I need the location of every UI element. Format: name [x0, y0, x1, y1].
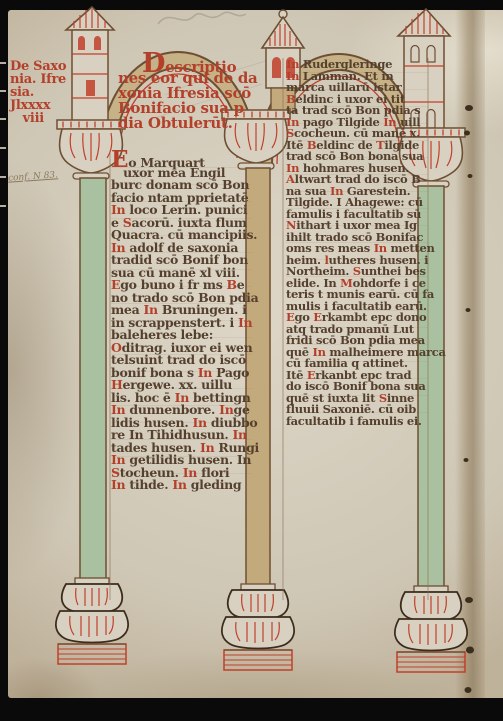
text-line: cū familia q attinet.: [286, 355, 428, 367]
text-line: Itē Beldinc de Tilgide: [286, 137, 428, 149]
text-line: facultatib i famulis ei.: [286, 413, 428, 425]
text-line: Tilgide. I Ahagewe: cū: [286, 194, 428, 206]
right-column-base: [395, 586, 467, 672]
text-line: teris t munis earū. cū fa: [286, 286, 428, 298]
text-line: Bonifacio sua p: [118, 99, 250, 114]
text-line: De Saxo: [10, 56, 88, 69]
text-line: tades husen. In Rungi: [111, 439, 251, 452]
text-line: marca uillarū istar: [286, 79, 428, 91]
text-line: nia. Ifre: [10, 69, 88, 82]
text-line: In loco Lerin. punici: [111, 201, 251, 214]
text-line: In pago Tilgide In uill: [286, 114, 428, 126]
text-line: ihilt trado scō Bonifac: [286, 229, 428, 241]
text-line: heim. lutheres husen. i: [286, 252, 428, 264]
marginal-annotation: De Saxonia. Ifresia.Jlxxxx viii: [10, 56, 88, 121]
text-line: famulis i facultatib sū: [286, 206, 428, 218]
text-line: facio ntam pprietatē: [111, 189, 251, 202]
text-line: telsuint trad do iscō: [111, 351, 251, 364]
text-line: In Rudergleringe: [286, 56, 428, 68]
text-line: dia Obtulerūt.: [118, 114, 250, 129]
text-line: burc donam scō Bon: [111, 176, 251, 189]
text-line: Oditrag. iuxor ei wen: [111, 339, 251, 352]
text-line: In getilidis husen. In: [111, 451, 251, 464]
text-line: e Sacorū. iuxta flum: [111, 214, 251, 227]
text-line: In dunnenbore. Inge: [111, 401, 251, 414]
left-column-base: [56, 578, 128, 664]
text-line: mea In Bruningen. i: [111, 301, 251, 314]
text-line: na sua In Garestein.: [286, 183, 428, 195]
text-line: Ego Erkambt epc dono: [286, 309, 428, 321]
text-line: xonia Ifresia scō: [118, 84, 250, 99]
text-line: trad scō Bon bona sua: [286, 148, 428, 160]
text-line: Eo Marquart: [111, 151, 251, 164]
text-line: uxor mea Engil: [111, 164, 251, 177]
text-line: Quacra. cū mancipiis.: [111, 226, 251, 239]
text-line: Itē Erkanbt epc trad: [286, 367, 428, 379]
text-line: in scrappenstert. i In: [111, 314, 251, 327]
text-line: do iscō Bonif bona sua: [286, 378, 428, 390]
text-line: Altwart trad do iscō B: [286, 171, 428, 183]
text-line: bonif bona s In Pago: [111, 364, 251, 377]
text-line: quē In malheimere marca: [286, 344, 428, 356]
text-line: ta trad scō Bon pdia s: [286, 102, 428, 114]
left-column-rubric: Descriptiones eor qui de daxonia Ifresia…: [118, 54, 250, 129]
text-line: fluuii Saxoniē. cū oib: [286, 401, 428, 413]
sewing-holes: [464, 105, 475, 693]
right-column-text: In RudergleringeIn Lamman. Et inmarca ui…: [286, 56, 428, 424]
manuscript-photo: De Saxonia. Ifresia.Jlxxxx viii conf. N …: [0, 0, 503, 721]
text-line: lis. hoc ē In bettingn: [111, 389, 251, 402]
text-line: Jlxxxx: [10, 95, 88, 108]
text-line: Hergewe. xx. uillu: [111, 376, 251, 389]
text-line: sua cū manē xl viii.: [111, 264, 251, 277]
text-line: In Lamman. Et in: [286, 68, 428, 80]
text-line: In hohmares husen.: [286, 160, 428, 172]
text-line: In tihde. In gleding: [111, 476, 251, 489]
text-line: re In Tihidhusun. In: [111, 426, 251, 439]
left-column-shaft: [80, 178, 106, 582]
text-line: Nithart i uxor mea Ig: [286, 217, 428, 229]
text-line: fridi scō Bon pdia mea: [286, 332, 428, 344]
text-line: nes eor qui de da: [118, 69, 250, 84]
text-line: quē st iuxta lit Sinne: [286, 390, 428, 402]
text-line: Scocheun. cū manē x.: [286, 125, 428, 137]
text-line: no trado scō Bon pdia: [111, 289, 251, 302]
text-line: Northeim. Sunthei bes: [286, 263, 428, 275]
left-column-text: Eo Marquart uxor mea Engilburc donam scō…: [111, 151, 251, 489]
text-line: Ego buno i fr ms Be: [111, 276, 251, 289]
text-line: In adolf de saxonia: [111, 239, 251, 252]
text-line: atq trado pmanū Lut: [286, 321, 428, 333]
text-line: Beldinc i uxor ei tit: [286, 91, 428, 103]
edge-tick-marks: [0, 62, 6, 207]
text-line: elide. In Mohdorfe i ce: [286, 275, 428, 287]
text-line: mulis i facultatib earū.: [286, 298, 428, 310]
text-line: oms res meas In metten: [286, 240, 428, 252]
text-line: lidis husen. In diubbo: [111, 414, 251, 427]
text-line: tradid scō Bonif bon: [111, 251, 251, 264]
text-line: Descriptio: [118, 54, 250, 69]
